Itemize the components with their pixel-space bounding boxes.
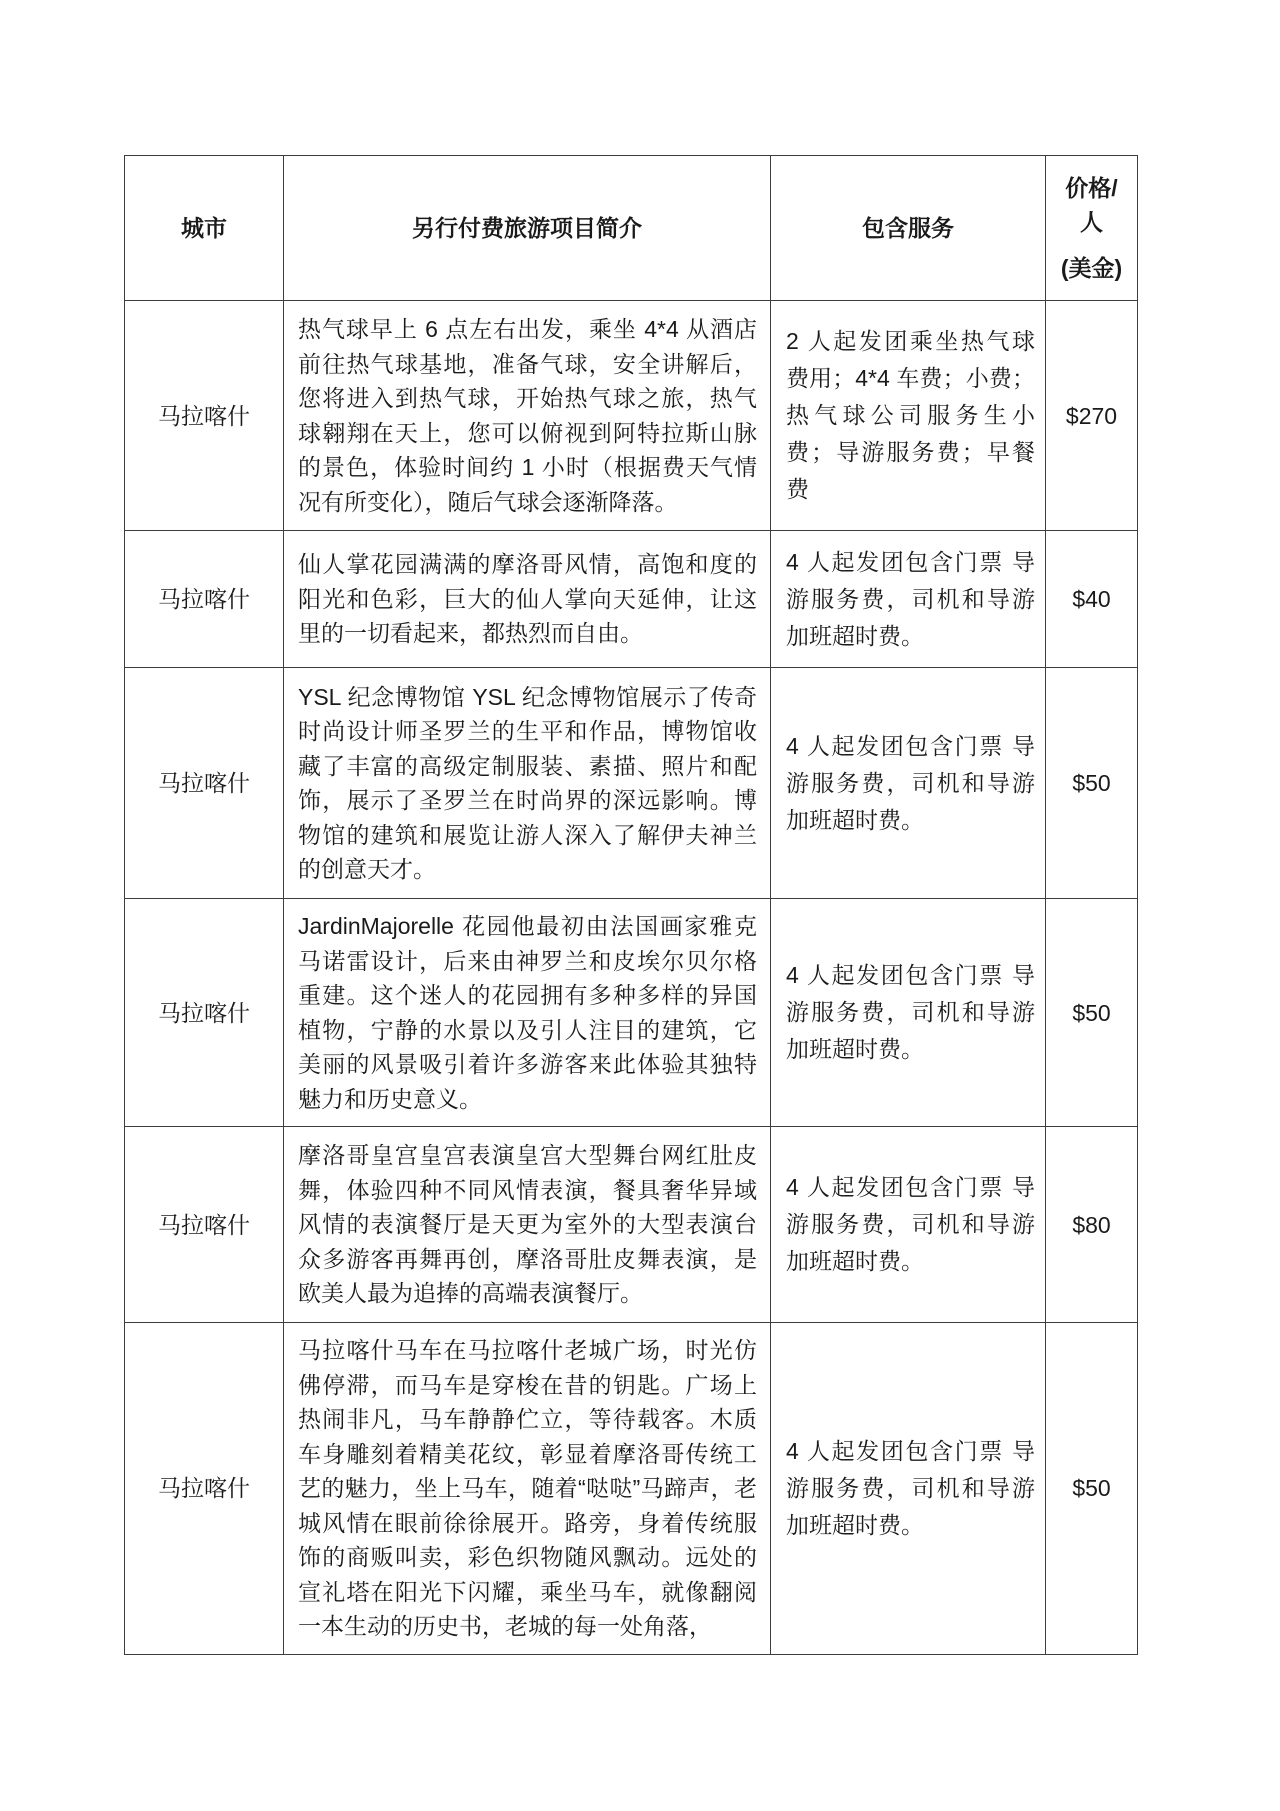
city-cell: 马拉喀什 xyxy=(125,1323,284,1655)
services-cell: 4 人起发团包含门票 导游服务费，司机和导游加班超时费。 xyxy=(771,899,1046,1127)
city-cell: 马拉喀什 xyxy=(125,1127,284,1323)
description-cell: JardinMajorelle 花园他最初由法国画家雅克马诺雷设计，后来由神罗兰… xyxy=(284,899,771,1127)
services-cell: 4 人起发团包含门票 导游服务费，司机和导游加班超时费。 xyxy=(771,668,1046,899)
header-services: 包含服务 xyxy=(771,156,1046,301)
services-cell: 2 人起发团乘坐热气球费用；4*4 车费；小费；热气球公司服务生小费；导游服务费… xyxy=(771,301,1046,531)
price-cell: $50 xyxy=(1046,668,1138,899)
table-row: 马拉喀什 马拉喀什马车在马拉喀什老城广场，时光仿佛停滞，而马车是穿梭在昔的钥匙。… xyxy=(125,1323,1138,1655)
description-cell: 仙人掌花园满满的摩洛哥风情，高饱和度的阳光和色彩，巨大的仙人掌向天延伸，让这里的… xyxy=(284,531,771,668)
tour-pricing-table: 城市 另行付费旅游项目简介 包含服务 价格/ 人 (美金) 马拉喀什 热气球早上… xyxy=(124,155,1138,1655)
table-header-row: 城市 另行付费旅游项目简介 包含服务 价格/ 人 (美金) xyxy=(125,156,1138,301)
city-cell: 马拉喀什 xyxy=(125,301,284,531)
header-price: 价格/ 人 (美金) xyxy=(1046,156,1138,301)
table-row: 马拉喀什 仙人掌花园满满的摩洛哥风情，高饱和度的阳光和色彩，巨大的仙人掌向天延伸… xyxy=(125,531,1138,668)
description-cell: 马拉喀什马车在马拉喀什老城广场，时光仿佛停滞，而马车是穿梭在昔的钥匙。广场上热闹… xyxy=(284,1323,771,1655)
description-cell: 摩洛哥皇宫皇宫表演皇宫大型舞台网红肚皮舞，体验四种不同风情表演，餐具奢华异域风情… xyxy=(284,1127,771,1323)
header-city: 城市 xyxy=(125,156,284,301)
description-cell: YSL 纪念博物馆 YSL 纪念博物馆展示了传奇时尚设计师圣罗兰的生平和作品，博… xyxy=(284,668,771,899)
table-row: 马拉喀什 JardinMajorelle 花园他最初由法国画家雅克马诺雷设计，后… xyxy=(125,899,1138,1127)
city-cell: 马拉喀什 xyxy=(125,531,284,668)
header-price-currency: (美金) xyxy=(1058,251,1125,285)
city-cell: 马拉喀什 xyxy=(125,899,284,1127)
header-description: 另行付费旅游项目简介 xyxy=(284,156,771,301)
document-page: { "table": { "headers": ["城市", "另行付费旅游项目… xyxy=(0,0,1280,1811)
table-row: 马拉喀什 摩洛哥皇宫皇宫表演皇宫大型舞台网红肚皮舞，体验四种不同风情表演，餐具奢… xyxy=(125,1127,1138,1323)
price-cell: $50 xyxy=(1046,899,1138,1127)
services-cell: 4 人起发团包含门票 导游服务费，司机和导游加班超时费。 xyxy=(771,531,1046,668)
table-row: 马拉喀什 YSL 纪念博物馆 YSL 纪念博物馆展示了传奇时尚设计师圣罗兰的生平… xyxy=(125,668,1138,899)
price-cell: $80 xyxy=(1046,1127,1138,1323)
price-cell: $40 xyxy=(1046,531,1138,668)
price-cell: $50 xyxy=(1046,1323,1138,1655)
price-cell: $270 xyxy=(1046,301,1138,531)
table-row: 马拉喀什 热气球早上 6 点左右出发，乘坐 4*4 从酒店前往热气球基地，准备气… xyxy=(125,301,1138,531)
city-cell: 马拉喀什 xyxy=(125,668,284,899)
header-price-line1: 价格/ xyxy=(1058,171,1125,205)
header-price-line2: 人 xyxy=(1058,205,1125,239)
description-cell: 热气球早上 6 点左右出发，乘坐 4*4 从酒店前往热气球基地，准备气球，安全讲… xyxy=(284,301,771,531)
services-cell: 4 人起发团包含门票 导游服务费，司机和导游加班超时费。 xyxy=(771,1323,1046,1655)
services-cell: 4 人起发团包含门票 导游服务费，司机和导游加班超时费。 xyxy=(771,1127,1046,1323)
